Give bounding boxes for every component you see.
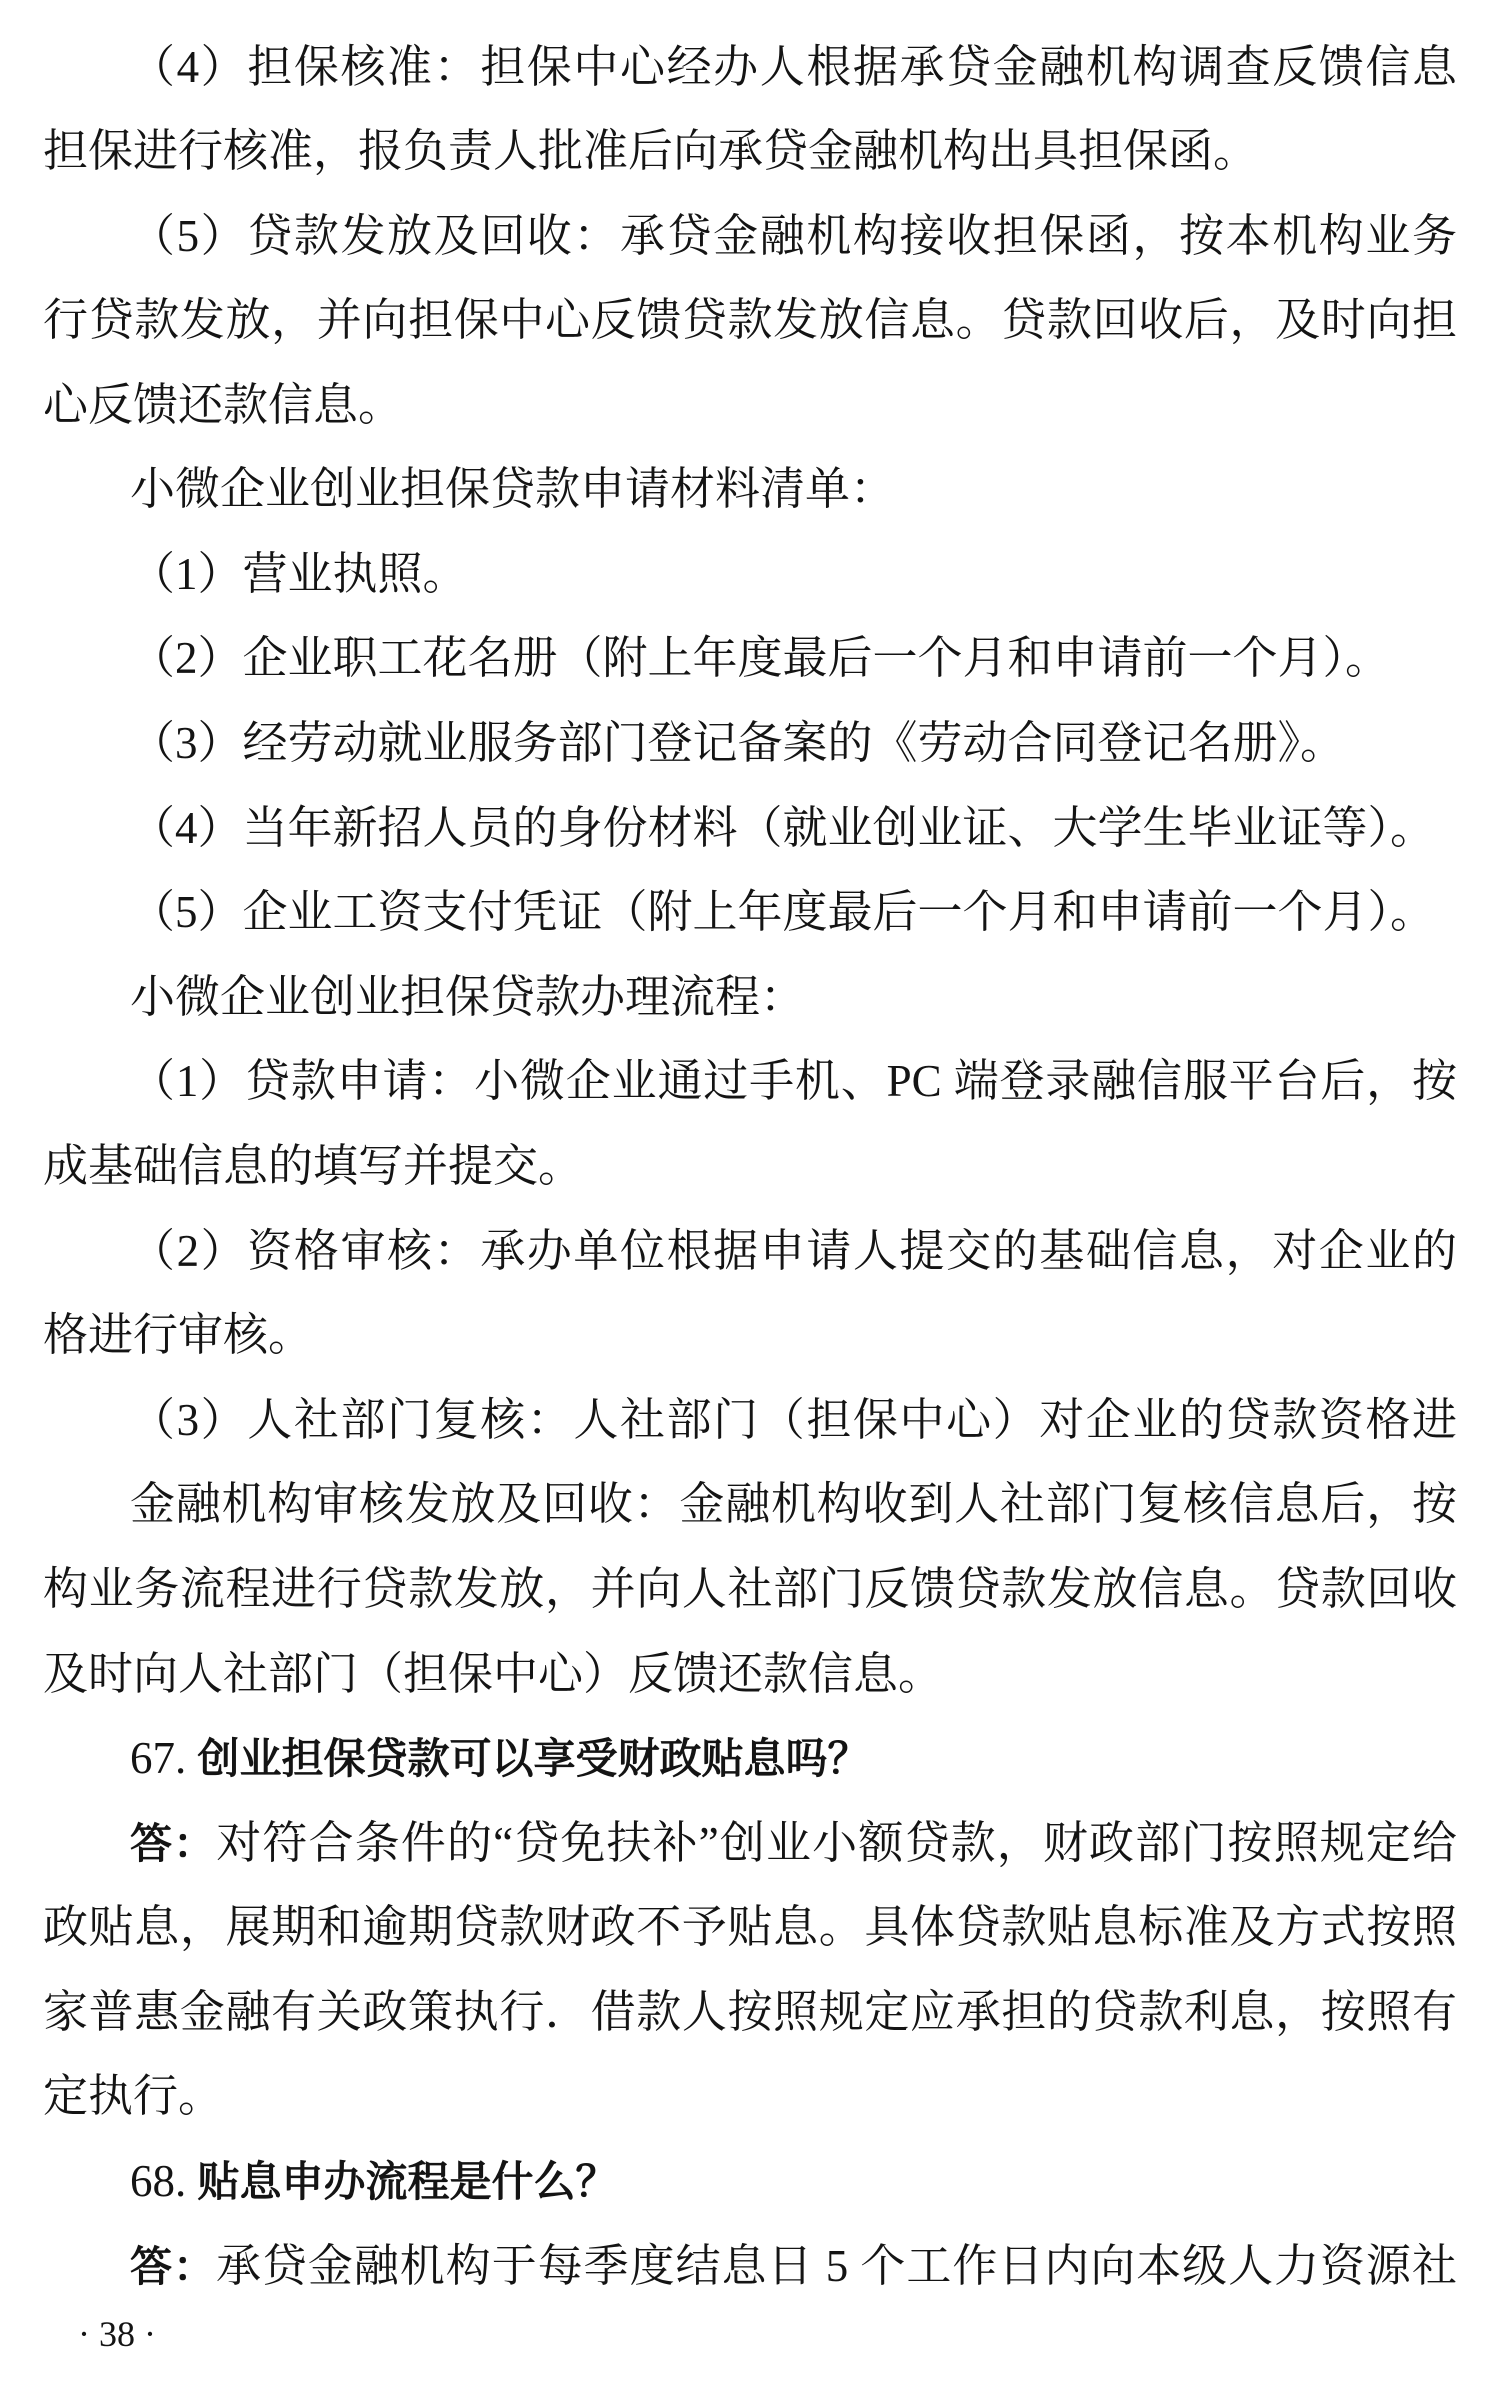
question-68-number: 68. [130,2156,198,2206]
answer-67-line-1: 答：对符合条件的“贷免扶补”创业小额贷款，财政部门按照规定给予财 [130,1813,1457,1873]
answer-67-line-3: 家普惠金融有关政策执行．借款人按照规定应承担的贷款利息，按照有关规 [43,1982,1457,2042]
page-number: · 38 · [78,2312,156,2356]
procedure-step-2-cont: 格进行审核。 [43,1305,1457,1365]
materials-item-3: （3）经劳动就业服务部门登记备案的《劳动合同登记名册》。 [130,713,1457,773]
procedure-step-2: （2）资格审核：承办单位根据申请人提交的基础信息，对企业的贷款资 [130,1221,1457,1281]
answer-68-text-1: 承贷金融机构于每季度结息日 5 个工作日内向本级人力资源社会保 [130,2241,1457,2296]
procedure-step-3: （3）人社部门复核：人社部门（担保中心）对企业的贷款资格进行复核。 [130,1390,1457,1450]
question-68-heading: 68. 贴息申办流程是什么？ [130,2151,1457,2211]
answer-67-line-2: 政贴息，展期和逾期贷款财政不予贴息。具体贷款贴息标准及方式按照国 [43,1897,1457,1957]
paragraph-loan-issuance-end: 心反馈还款信息。 [43,375,1457,435]
materials-item-2: （2）企业职工花名册（附上年度最后一个月和申请前一个月）。 [130,628,1457,688]
answer-68-label: 答： [130,2242,216,2291]
procedure-financial-review-end: 及时向人社部门（担保中心）反馈还款信息。 [43,1644,1457,1704]
answer-67-text-1: 对符合条件的“贷免扶补”创业小额贷款，财政部门按照规定给予财 [130,1818,1457,1873]
procedure-financial-review-cont: 构业务流程进行贷款发放，并向人社部门反馈贷款发放信息。贷款回收后， [43,1559,1457,1619]
materials-list-heading: 小微企业创业担保贷款申请材料清单： [130,459,1457,519]
question-68-text: 贴息申办流程是什么？ [198,2157,618,2206]
procedure-step-1-cont: 成基础信息的填写并提交。 [43,1136,1457,1196]
document-page: （4）担保核准：担保中心经办人根据承贷金融机构调查反馈信息对贷款 担保进行核准，… [0,0,1499,2395]
materials-item-1: （1）营业执照。 [130,544,1457,604]
materials-item-4: （4）当年新招人员的身份材料（就业创业证、大学生毕业证等）。 [130,798,1457,858]
answer-68-line-1: 答：承贷金融机构于每季度结息日 5 个工作日内向本级人力资源社会保 [130,2236,1457,2296]
question-67-text: 创业担保贷款可以享受财政贴息吗？ [198,1734,870,1783]
procedure-step-1: （1）贷款申请：小微企业通过手机、PC 端登录融信服平台后，按提示完 [130,1051,1457,1111]
paragraph-guarantee-approval-cont: 担保进行核准，报负责人批准后向承贷金融机构出具担保函。 [43,121,1457,181]
materials-item-5: （5）企业工资支付凭证（附上年度最后一个月和申请前一个月）。 [130,882,1457,942]
question-67-number: 67. [130,1733,198,1783]
paragraph-loan-issuance: （5）贷款发放及回收：承贷金融机构接收担保函，按本机构业务流程进 [130,206,1457,266]
question-67-heading: 67. 创业担保贷款可以享受财政贴息吗？ [130,1728,1457,1788]
paragraph-guarantee-approval: （4）担保核准：担保中心经办人根据承贷金融机构调查反馈信息对贷款 [130,37,1457,97]
procedure-heading: 小微企业创业担保贷款办理流程： [130,967,1457,1027]
paragraph-loan-issuance-cont: 行贷款发放，并向担保中心反馈贷款发放信息。贷款回收后，及时向担保中 [43,290,1457,350]
procedure-financial-review: 金融机构审核发放及回收：金融机构收到人社部门复核信息后，按本机 [130,1474,1457,1534]
answer-67-label: 答： [130,1819,216,1868]
answer-67-line-4: 定执行。 [43,2066,1457,2126]
